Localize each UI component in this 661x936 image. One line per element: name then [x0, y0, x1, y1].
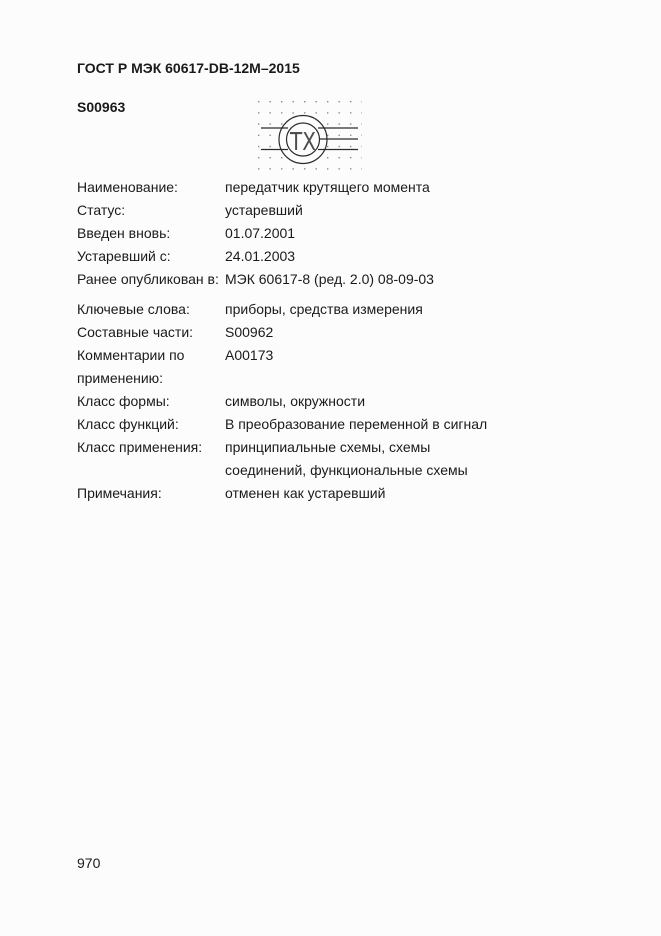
- field-row: Класс применения: принципиальные схемы, …: [77, 436, 517, 482]
- field-row: Составные части: S00962: [77, 321, 517, 344]
- field-label: Примечания:: [77, 482, 225, 505]
- document-header: ГОСТ Р МЭК 60617-DB-12M–2015: [77, 60, 300, 76]
- field-label: Комментарии по применению:: [77, 344, 225, 390]
- attribute-table: Наименование: передатчик крутящего момен…: [77, 176, 517, 505]
- field-label: Устаревший с:: [77, 245, 225, 268]
- symbol-diagram: TX: [257, 99, 362, 173]
- field-value: 24.01.2003: [225, 245, 512, 268]
- page-number: 970: [77, 855, 100, 871]
- field-value: приборы, средства измерения: [225, 298, 512, 321]
- field-row: Класс функций: В преобразование переменн…: [77, 413, 517, 436]
- field-value: 01.07.2001: [225, 222, 512, 245]
- field-row: Статус: устаревший: [77, 199, 517, 222]
- field-row: Примечания: отменен как устаревший: [77, 482, 517, 505]
- field-row: Комментарии по применению: A00173: [77, 344, 517, 390]
- field-row: Наименование: передатчик крутящего момен…: [77, 176, 517, 199]
- field-row: Ключевые слова: приборы, средства измере…: [77, 298, 517, 321]
- field-label: Введен вновь:: [77, 222, 225, 245]
- field-value: устаревший: [225, 199, 512, 222]
- document-page: ГОСТ Р МЭК 60617-DB-12M–2015 S00963 TX: [0, 0, 661, 936]
- field-label: Класс формы:: [77, 390, 225, 413]
- field-label: Ранее опубликован в:: [77, 268, 225, 291]
- field-label: Класс применения:: [77, 436, 225, 459]
- field-value: S00962: [225, 321, 512, 344]
- field-row: Устаревший с: 24.01.2003: [77, 245, 517, 268]
- field-label: Составные части:: [77, 321, 225, 344]
- field-value: принципиальные схемы, схемы соединений, …: [225, 436, 512, 482]
- symbol-text: TX: [289, 128, 316, 157]
- field-value: В преобразование переменной в сигнал: [225, 413, 512, 436]
- field-value: символы, окружности: [225, 390, 512, 413]
- field-row: Ранее опубликован в: МЭК 60617-8 (ред. 2…: [77, 268, 517, 291]
- symbol-id: S00963: [77, 99, 125, 115]
- field-value: МЭК 60617-8 (ред. 2.0) 08-09-03: [225, 268, 512, 291]
- field-value: отменен как устаревший: [225, 482, 512, 505]
- field-value: A00173: [225, 344, 512, 367]
- field-label: Ключевые слова:: [77, 298, 225, 321]
- torque-transmitter-symbol-icon: TX: [257, 99, 362, 173]
- field-row: Класс формы: символы, окружности: [77, 390, 517, 413]
- field-label: Статус:: [77, 199, 225, 222]
- field-value: передатчик крутящего момента: [225, 176, 512, 199]
- field-label: Класс функций:: [77, 413, 225, 436]
- field-row: Введен вновь: 01.07.2001: [77, 222, 517, 245]
- field-label: Наименование:: [77, 176, 225, 199]
